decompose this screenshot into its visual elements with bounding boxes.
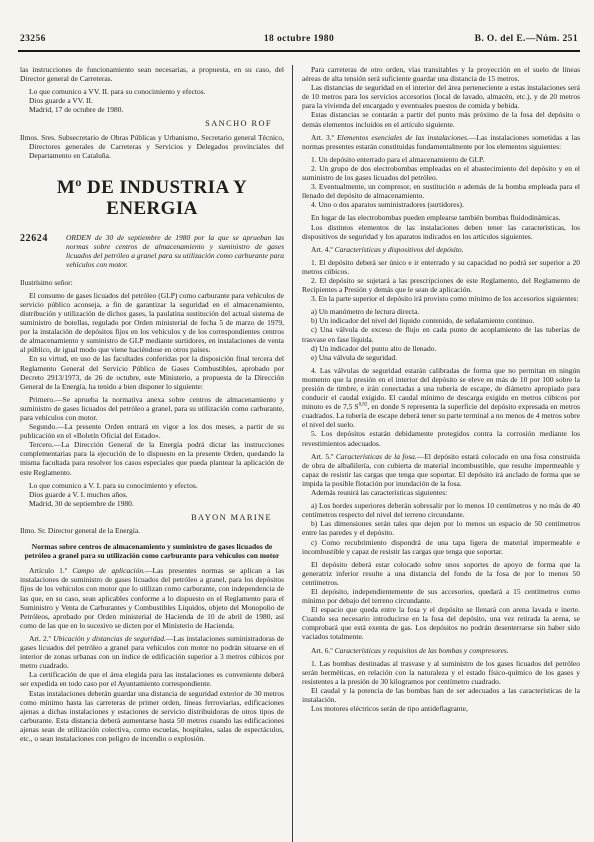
paragraph: las instrucciones de funcionamiento sean… (20, 65, 284, 83)
left-column: las instrucciones de funcionamiento sean… (20, 65, 293, 842)
paragraph: Segundo.—La presente Orden entrará en vi… (20, 422, 284, 440)
paragraph: 3. Eventualmente, un compresor, en susti… (302, 182, 580, 200)
paragraph: 2. El depósito se sujetará a las prescri… (302, 276, 580, 294)
header-rule (18, 50, 580, 52)
paragraph: 1. El depósito deberá ser único e ir ent… (302, 258, 580, 276)
paragraph: a) Un manómetro de lectura directa. (302, 307, 580, 316)
paragraph: Además reunirá las características sigui… (302, 488, 580, 497)
paragraph: 3. En la parte superior el depósito irá … (302, 294, 580, 303)
paragraph: 5. Los depósitos estarán debidamente pro… (302, 429, 580, 447)
order-body: Ilustrísimo señor:El consumo de gases li… (20, 278, 284, 535)
paragraph: Tercero.—La Dirección General de la Ener… (20, 440, 284, 476)
paragraph: 4. Uno o dos aparatos suministradores (s… (302, 200, 580, 209)
annex-articles-continued: Para carreteras de otro orden, vías tran… (302, 65, 580, 713)
paragraph: c) Una válvula de exceso de flujo en cad… (302, 325, 580, 343)
paragraph: Los distintos elementos de las instalaci… (302, 223, 580, 241)
carryover-text: las instrucciones de funcionamiento sean… (20, 65, 284, 160)
paragraph: b) Las dimensiones serán tales que dejen… (302, 519, 580, 537)
paragraph: Art. 6.º Características y requisitos de… (302, 646, 580, 655)
paragraph: Lo que comunico a VV. II. para su conoci… (20, 87, 284, 96)
annex-title: Normas sobre centros de almacenamiento y… (20, 542, 284, 560)
paragraph: 1. Las bombas destinadas al trasvase y a… (302, 659, 580, 686)
paragraph: Art. 5.º Características de la fosa.—El … (302, 452, 580, 488)
paragraph: Madrid, 30 de septiembre de 1980. (20, 499, 284, 508)
annex-articles: Artículo 1.º Campo de aplicación.—Las pr… (20, 566, 284, 743)
paragraph: Dios guarde a VV. II. (20, 96, 284, 105)
paragraph: BAYON MARINE (20, 513, 272, 522)
two-column-body: las instrucciones de funcionamiento sean… (0, 65, 594, 842)
paragraph: La certificación de que el área elegida … (20, 670, 284, 688)
paragraph: b) Un indicador del nivel del líquido co… (302, 316, 580, 325)
paragraph: Primero.—Se aprueba la normativa anexa s… (20, 395, 284, 422)
paragraph: Ilmos. Sres. Subsecretario de Obras Públ… (20, 133, 284, 160)
paragraph: Las distancias de seguridad en el interi… (302, 83, 580, 110)
paragraph: Ilustrísimo señor: (20, 278, 284, 287)
paragraph: Estas instalaciones deberán guardar una … (20, 689, 284, 744)
order-entry: 22624 ORDEN de 30 de septiembre de 1980 … (20, 233, 284, 270)
paragraph: En lugar de las electrobombas pueden emp… (302, 213, 580, 222)
paragraph: El depósito deberá estar colocado sobre … (302, 560, 580, 587)
paragraph: Estas distancias se contarán a partir de… (302, 110, 580, 128)
right-column: Para carreteras de otro orden, vías tran… (293, 65, 580, 842)
order-summary: ORDEN de 30 de septiembre de 1980 por la… (66, 233, 284, 270)
page-header: 23256 18 octubre 1980 B. O. del E.—Núm. … (0, 0, 594, 48)
paragraph: Art. 2.º Ubicación y distancias de segur… (20, 634, 284, 670)
order-number: 22624 (20, 233, 66, 270)
paragraph: El espacio que queda entre la fosa y el … (302, 605, 580, 641)
paragraph: Art. 3.º Elementos esenciales de las ins… (302, 133, 580, 151)
paragraph: El caudal y la potencia de las bombas ha… (302, 686, 580, 704)
paragraph: e) Una válvula de seguridad. (302, 353, 580, 362)
paragraph: Dios guarde a V. I. muchos años. (20, 490, 284, 499)
paragraph: Artículo 1.º Campo de aplicación.—Las pr… (20, 566, 284, 630)
paragraph: Lo que comunico a V. I. para su conocimi… (20, 481, 284, 490)
page-number: 23256 (20, 34, 206, 44)
paragraph: Los motores eléctricos serán de tipo ant… (302, 704, 580, 713)
ministry-title: Mº DE INDUSTRIA Y ENERGIA (20, 177, 284, 219)
paragraph: a) Los bordes superiores deberán sobresa… (302, 501, 580, 519)
paragraph: 4. Las válvulas de seguridad estarán cal… (302, 366, 580, 430)
paragraph: 1. Un depósito enterrado para el almacen… (302, 155, 580, 164)
paragraph: Ilmo. Sr. Director general de la Energía… (20, 526, 284, 535)
paragraph: El consumo de gases licuados del petróle… (20, 291, 284, 355)
paragraph: En su virtud, en uso de las facultades c… (20, 354, 284, 390)
paragraph: d) Un indicador del punto alto de llenad… (302, 344, 580, 353)
paragraph: Madrid, 17 de octubre de 1980. (20, 105, 284, 114)
paragraph: SANCHO ROF (20, 119, 272, 128)
issue-date: 18 octubre 1980 (206, 34, 392, 44)
paragraph: Para carreteras de otro orden, vías tran… (302, 65, 580, 83)
gazette-page: 23256 18 octubre 1980 B. O. del E.—Núm. … (0, 0, 594, 842)
paragraph: El depósito, independientemente de sus a… (302, 587, 580, 605)
paragraph: Art. 4.º Características y dispositivos … (302, 245, 580, 254)
issue-number: B. O. del E.—Núm. 251 (392, 34, 578, 44)
paragraph: c) Como recubrimiento dispondrá de una t… (302, 538, 580, 556)
paragraph: 2. Un grupo de dos electrobombas emplead… (302, 164, 580, 182)
